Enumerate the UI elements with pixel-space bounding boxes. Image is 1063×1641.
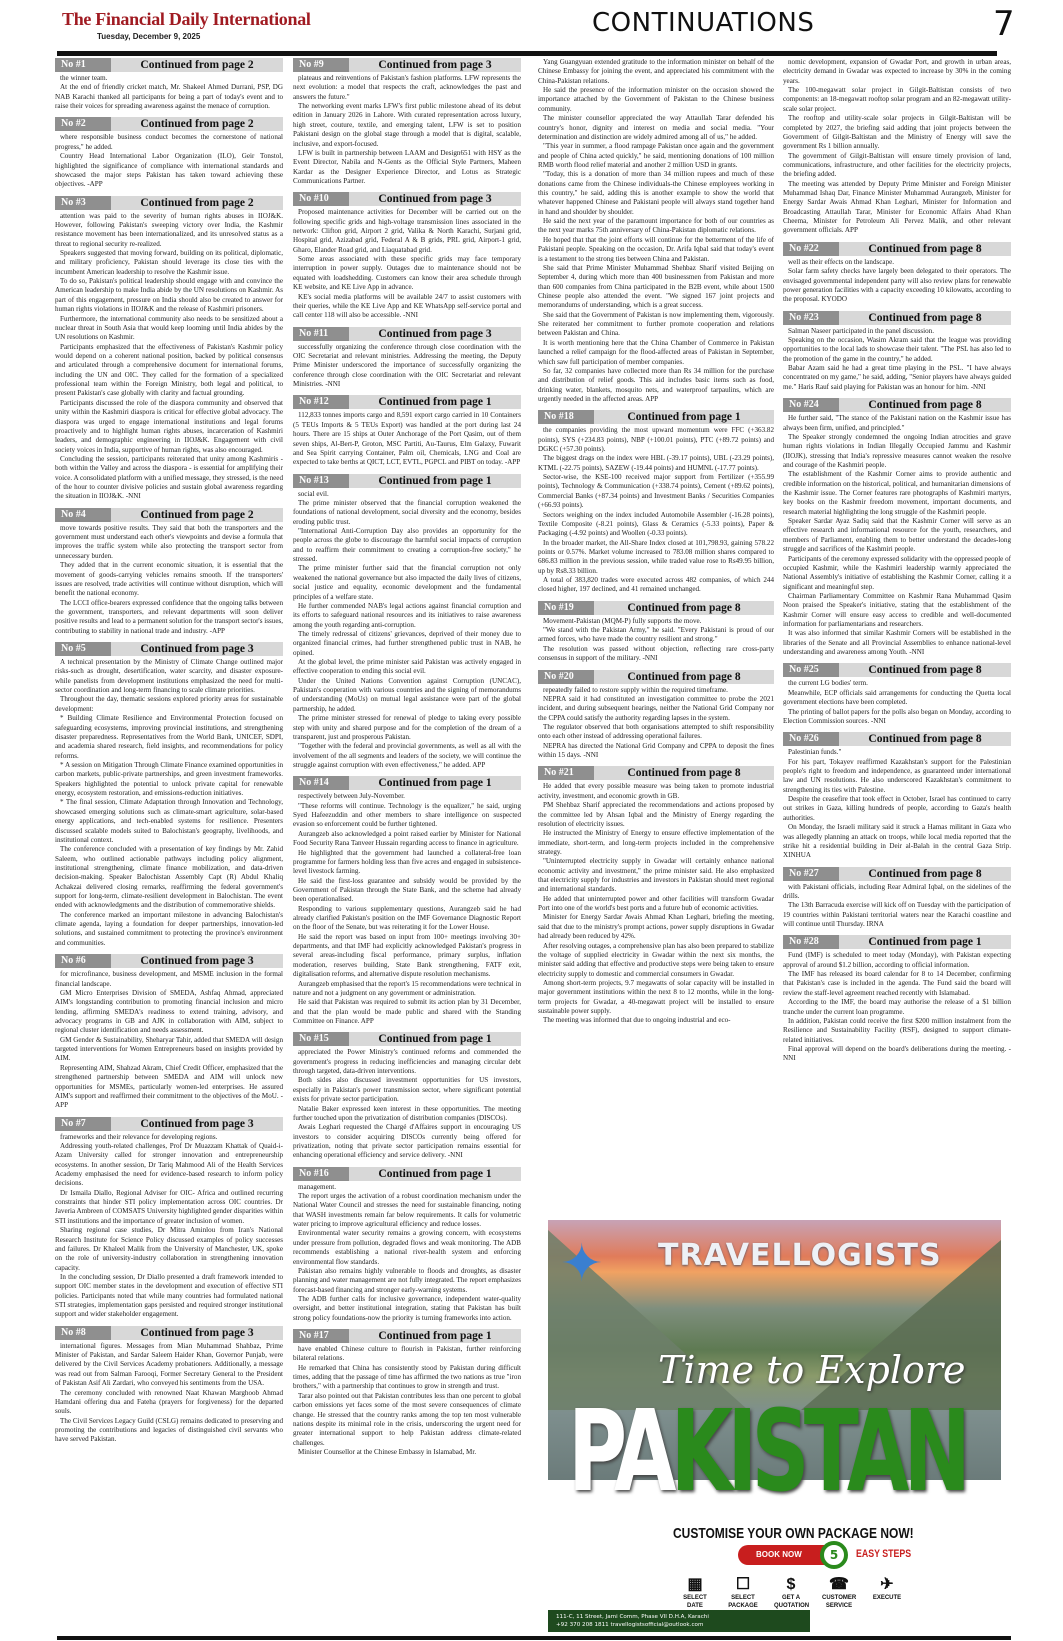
continuation-number: No #17 [293, 1329, 349, 1343]
paragraph: Proposed maintenance activities for Dece… [293, 208, 521, 255]
paragraph: appreciated the Power Ministry's continu… [293, 1048, 521, 1076]
continuation-header: No #19Continued from page 8 [538, 601, 774, 615]
paragraph: The prime minister stressed for renewal … [293, 714, 521, 742]
paragraph: KE's social media platforms will be avai… [293, 293, 521, 321]
paragraph: On Monday, the Israeli military said it … [783, 823, 1011, 860]
paragraph: Environmental water security remains a g… [293, 1229, 521, 1266]
continued-from-label: Continued from page 2 [111, 196, 283, 210]
article-continuation: nomic development, expansion of Gwadar P… [783, 58, 1011, 236]
step-select-date: ▦SELECT DATE [678, 1575, 712, 1611]
continuation-header: No #28Continued from page 1 [783, 935, 1011, 949]
paragraph: Solar farm safety checks have largely be… [783, 267, 1011, 304]
paragraph: The conference marked an important miles… [55, 911, 283, 948]
dove-logo-icon: ✦ [560, 1234, 604, 1294]
article-continuation: No #17Continued from page 1have enabled … [293, 1329, 521, 1457]
continued-from-label: Continued from page 3 [111, 1326, 283, 1340]
headline-green-part: KISTAN [671, 1387, 966, 1517]
paragraph: The Civil Services Legacy Guild (CSLG) r… [55, 1417, 283, 1445]
paragraph: Fund (IMF) is scheduled to meet today (M… [783, 951, 1011, 970]
continuation-header: No #18Continued from page 1 [538, 410, 774, 424]
paragraph: Tarar also pointed out that Pakistan con… [293, 1392, 521, 1448]
paragraph: She said that Prime Minister Muhammad Sh… [538, 264, 774, 311]
ad-brand-name: TRAVELLOGISTS [658, 1238, 942, 1273]
article-continuation: No #27Continued from page 8with Pakistan… [783, 867, 1011, 930]
continuation-number: No #1 [55, 58, 111, 72]
paragraph: GM Micro Enterprises Division of SMEDA, … [55, 989, 283, 1036]
continuation-header: No #14Continued from page 1 [293, 776, 521, 790]
paragraph: The conference concluded with a presenta… [55, 845, 283, 911]
ad-contact-bar: 111-C, 11 Street, Jami Comm, Phase VII D… [548, 1610, 810, 1632]
paragraph: Sector-wise, the KSE-100 received major … [538, 473, 774, 510]
article-continuation: No #25Continued from page 8the current L… [783, 663, 1011, 726]
paragraph: The resolution was passed without object… [538, 645, 774, 664]
continuation-header: No #15Continued from page 1 [293, 1032, 521, 1046]
continuation-number: No #25 [783, 663, 839, 677]
paragraph: "These reforms will continue. Technology… [293, 802, 521, 830]
article-body: frameworks and their relevance for devel… [55, 1133, 283, 1320]
step-select-package: ☐SELECT PACKAGE [726, 1575, 760, 1611]
paragraph: Final approval will depend on the board'… [783, 1045, 1011, 1064]
article-body: have enabled Chinese culture to flourish… [293, 1345, 521, 1457]
continued-from-label: Continued from page 8 [594, 766, 774, 780]
steps-count-badge: 5 [820, 1541, 848, 1569]
article-continuation: No #12Continued from page 1112,833 tonne… [293, 395, 521, 467]
article-continuation: No #2Continued from page 2where responsi… [55, 117, 283, 189]
paragraph: In the broader market, the All-Share Ind… [538, 539, 774, 576]
paragraph: Under the United Nations Convention agai… [293, 677, 521, 714]
paragraph: A total of 383,820 trades were executed … [538, 576, 774, 595]
paragraph: Sectors weighing on the index included A… [538, 511, 774, 539]
step-label: SELECT DATE [683, 1595, 707, 1609]
continuation-header: No #2Continued from page 2 [55, 117, 283, 131]
paragraph: move towards positive results. They said… [55, 524, 283, 561]
continued-from-label: Continued from page 8 [839, 732, 1011, 746]
paragraph: have enabled Chinese culture to flourish… [293, 1345, 521, 1364]
paragraph: At the end of friendly cricket match, Mr… [55, 83, 283, 111]
continued-from-label: Continued from page 8 [839, 398, 1011, 412]
paragraph: * Building Climate Resilience and Enviro… [55, 714, 283, 761]
paragraph: Participants discussed the role of the d… [55, 399, 283, 455]
continuation-header: No #4Continued from page 2 [55, 508, 283, 522]
paragraph: At the global level, the prime minister … [293, 658, 521, 677]
continuation-header: No #24Continued from page 8 [783, 398, 1011, 412]
article-body: successfully organizing the conference t… [293, 343, 521, 390]
paragraph: The establishment of the Kashmir Corner … [783, 470, 1011, 517]
paragraph: Both sides also discussed investment opp… [293, 1076, 521, 1104]
step-get-quotation: $GET A QUOTATION [774, 1575, 808, 1611]
article-body: international figures. Messages from Mia… [55, 1342, 283, 1445]
paragraph: "Today, this is a donation of more than … [538, 170, 774, 217]
continuation-number: No #4 [55, 508, 111, 522]
article-continuation: No #23Continued from page 8Salman Naseer… [783, 311, 1011, 393]
paragraph: He further commended NAB's legal actions… [293, 602, 521, 630]
article-body: for microfinance, business development, … [55, 970, 283, 1110]
ad-phone-email: +92 370 208 1811 travellogistsofficial@o… [556, 1621, 802, 1629]
article-body: the companies providing the most upward … [538, 426, 774, 594]
step-label: EXECUTE [873, 1595, 901, 1601]
continuation-number: No #15 [293, 1032, 349, 1046]
continuation-header: No #27Continued from page 8 [783, 867, 1011, 881]
continuation-number: No #19 [538, 601, 594, 615]
continuation-header: No #23Continued from page 8 [783, 311, 1011, 325]
article-continuation: No #15Continued from page 1appreciated t… [293, 1032, 521, 1160]
paragraph: frameworks and their relevance for devel… [55, 1133, 283, 1142]
article-body: Fund (IMF) is scheduled to meet today (M… [783, 951, 1011, 1063]
paragraph: They added that in the current economic … [55, 561, 283, 598]
continuation-number: No #5 [55, 642, 111, 656]
continuation-header: No #7Continued from page 3 [55, 1117, 283, 1131]
paragraph: "Uninterrupted electricity supply in Gwa… [538, 857, 774, 894]
paragraph: The 13th Barracuda exercise will kick of… [783, 901, 1011, 929]
continuation-number: No #10 [293, 192, 349, 206]
package-icon: ☐ [726, 1575, 760, 1595]
paragraph: Despite the ceasefire that took effect i… [783, 795, 1011, 823]
article-body: 112,833 tonnes imports cargo and 8,591 e… [293, 411, 521, 467]
paragraph: Throughout the day, thematic sessions ex… [55, 695, 283, 714]
paragraph: The networking event marks LFW's first p… [293, 102, 521, 149]
continuation-number: No #8 [55, 1326, 111, 1340]
paragraph: The LCCI office-bearers expressed confid… [55, 599, 283, 636]
paragraph: Sharing regional case studies, Dr Mitra … [55, 1226, 283, 1273]
article-continuation: No #10Continued from page 3Proposed main… [293, 192, 521, 320]
paragraph: Movement-Pakistan (MQM-P) fully supports… [538, 617, 774, 626]
paragraph: He instructed the Ministry of Energy to … [538, 829, 774, 857]
continuation-header: No #16Continued from page 1 [293, 1167, 521, 1181]
continuation-number: No #18 [538, 410, 594, 424]
continuation-number: No #28 [783, 935, 839, 949]
continued-from-label: Continued from page 2 [111, 117, 283, 131]
paragraph: After resolving outages, a comprehensive… [538, 942, 774, 979]
ad-tagline: Time to Explore [658, 1348, 966, 1392]
paragraph: Minister Counsellor at the Chinese Embas… [293, 1448, 521, 1457]
page-number: 7 [993, 4, 1015, 44]
continuation-header: No #17Continued from page 1 [293, 1329, 521, 1343]
paragraph: He said the next year of the paramount i… [538, 217, 774, 236]
paragraph: He hoped that that the joint efforts wil… [538, 236, 774, 264]
article-continuation: No #13Continued from page 1social evil.T… [293, 474, 521, 771]
continuation-number: No #7 [55, 1117, 111, 1131]
continuation-header: No #26Continued from page 8 [783, 732, 1011, 746]
traveler-icon: ✈ [870, 1575, 904, 1595]
step-execute: ✈EXECUTE [870, 1575, 904, 1611]
paragraph: The government of Gilgit-Baltistan will … [783, 152, 1011, 180]
article-continuation: No #4Continued from page 2move towards p… [55, 508, 283, 636]
paragraph: The ADB further calls for inclusive gove… [293, 1295, 521, 1323]
paragraph: The ceremony concluded with renowned Naa… [55, 1389, 283, 1417]
continuation-number: No #26 [783, 732, 839, 746]
paragraph: for microfinance, business development, … [55, 970, 283, 989]
article-continuation: No #8Continued from page 3international … [55, 1326, 283, 1445]
article-continuation: No #9Continued from page 3plateaus and r… [293, 58, 521, 186]
paragraph: attention was paid to the severity of hu… [55, 212, 283, 249]
ad-steps-list: ▦SELECT DATE ☐SELECT PACKAGE $GET A QUOT… [678, 1575, 904, 1611]
continued-from-label: Continued from page 1 [349, 776, 521, 790]
continuation-number: No #24 [783, 398, 839, 412]
paragraph: He said the presence of the information … [538, 86, 774, 114]
continued-from-label: Continued from page 8 [839, 867, 1011, 881]
article-body: Movement-Pakistan (MQM-P) fully supports… [538, 617, 774, 664]
continuation-number: No #14 [293, 776, 349, 790]
continued-from-label: Continued from page 3 [349, 192, 521, 206]
continued-from-label: Continued from page 8 [839, 242, 1011, 256]
continuation-header: No #21Continued from page 8 [538, 766, 774, 780]
paragraph: In the concluding session, Dr Diallo pre… [55, 1273, 283, 1320]
paragraph: Representing AIM, Shahzad Akram, Chief C… [55, 1064, 283, 1111]
article-body: respectively between July-November."Thes… [293, 792, 521, 1026]
continuation-number: No #9 [293, 58, 349, 72]
article-continuation: No #19Continued from page 8Movement-Paki… [538, 601, 774, 664]
paragraph: PM Shehbaz Sharif appreciated the recomm… [538, 801, 774, 829]
paragraph: Pakistan also remains highly vulnerable … [293, 1267, 521, 1295]
continuation-number: No #21 [538, 766, 594, 780]
ad-subheadline: CUSTOMISE YOUR OWN PACKAGE NOW! [673, 1525, 914, 1542]
continuation-number: No #16 [293, 1167, 349, 1181]
continued-from-label: Continued from page 8 [839, 663, 1011, 677]
paragraph: Chairman Parliamentary Committee on Kash… [783, 592, 1011, 629]
paragraph: successfully organizing the conference t… [293, 343, 521, 390]
paragraph: Speaking on the occasion, Wasim Akram sa… [783, 336, 1011, 364]
paragraph: plateaus and reinventions of Pakistan's … [293, 74, 521, 102]
article-body: the winner team.At the end of friendly c… [55, 74, 283, 111]
article-continuation: No #6Continued from page 3for microfinan… [55, 954, 283, 1110]
paragraph: the winner team. [55, 74, 283, 83]
column-4: nomic development, expansion of Gwadar P… [783, 58, 1011, 1070]
continued-from-label: Continued from page 2 [111, 58, 283, 72]
continued-from-label: Continued from page 3 [349, 327, 521, 341]
article-body: Yang Guangyuan extended gratitude to the… [538, 58, 774, 404]
paragraph: Some areas associated with these specifi… [293, 255, 521, 292]
continued-from-label: Continued from page 1 [839, 935, 1011, 949]
article-continuation: No #21Continued from page 8He added that… [538, 766, 774, 1025]
continued-from-label: Continued from page 8 [839, 311, 1011, 325]
paragraph: A technical presentation by the Ministry… [55, 658, 283, 695]
paragraph: "We stand with the Pakistan Army," he sa… [538, 626, 774, 645]
continued-from-label: Continued from page 1 [349, 474, 521, 488]
paragraph: To do so, Pakistan's political leadershi… [55, 277, 283, 314]
continuation-header: No #3Continued from page 2 [55, 196, 283, 210]
continued-from-label: Continued from page 1 [594, 410, 774, 424]
footer-rule [57, 1636, 1011, 1640]
paragraph: Aurangzeb also acknowledged a point rais… [293, 830, 521, 849]
continuation-header: No #1Continued from page 2 [55, 58, 283, 72]
article-body: where responsible business conduct becom… [55, 133, 283, 189]
paragraph: It is worth mentioning here that the Chi… [538, 339, 774, 367]
headline-white-part: PA [568, 1387, 671, 1517]
article-continuation: No #1Continued from page 2the winner tea… [55, 58, 283, 111]
continuation-header: No #22Continued from page 8 [783, 242, 1011, 256]
continued-from-label: Continued from page 3 [349, 58, 521, 72]
paragraph: He highlighted that the government had l… [293, 849, 521, 877]
paragraph: Participants emphasized that the effecti… [55, 343, 283, 399]
article-body: He added that every possible measure was… [538, 782, 774, 1025]
continuation-number: No #6 [55, 954, 111, 968]
continued-from-label: Continued from page 1 [349, 395, 521, 409]
paragraph: Dr Ismaila Diallo, Regional Adviser for … [55, 1189, 283, 1226]
paragraph: He said that Pakistan was required to su… [293, 998, 521, 1026]
ad-address: 111-C, 11 Street, Jami Comm, Phase VII D… [556, 1613, 802, 1621]
article-continuation: Yang Guangyuan extended gratitude to the… [538, 58, 774, 404]
article-body: the current LG bodies' term.Meanwhile, E… [783, 679, 1011, 726]
paragraph: Participants of the ceremony expressed s… [783, 555, 1011, 592]
article-continuation: No #7Continued from page 3frameworks and… [55, 1117, 283, 1320]
paragraph: The rooftop and utility-scale solar proj… [783, 114, 1011, 151]
paragraph: LFW is built in partnership between LAAM… [293, 149, 521, 186]
paragraph: So far, 32 companies have collected more… [538, 367, 774, 404]
article-continuation: No #28Continued from page 1Fund (IMF) is… [783, 935, 1011, 1063]
paragraph: Meanwhile, ECP officials said arrangemen… [783, 689, 1011, 708]
paragraph: NEPRA has directed the National Grid Com… [538, 742, 774, 761]
paragraph: Responding to various supplementary ques… [293, 905, 521, 933]
paragraph: * The final session, Climate Adaptation … [55, 798, 283, 845]
masthead: The Financial Daily International Tuesda… [0, 0, 1063, 52]
continuation-header: No #6Continued from page 3 [55, 954, 283, 968]
paragraph: He said the report was based on input fr… [293, 933, 521, 980]
continuation-number: No #13 [293, 474, 349, 488]
paragraph: He remarked that China has consistently … [293, 1364, 521, 1392]
paragraph: nomic development, expansion of Gwadar P… [783, 58, 1011, 86]
easy-steps-label: EASY STEPS [856, 1548, 911, 1560]
continuation-number: No #3 [55, 196, 111, 210]
customer-service-icon: ☎ [822, 1575, 856, 1595]
paragraph: Country Head International Labor Organiz… [55, 152, 283, 189]
article-body: Salman Naseer participated in the panel … [783, 327, 1011, 393]
paragraph: Speaker Sardar Ayaz Sadiq said that the … [783, 517, 1011, 554]
article-body: attention was paid to the severity of hu… [55, 212, 283, 502]
paragraph: She said that the Government of Pakistan… [538, 311, 774, 339]
continuation-number: No #2 [55, 117, 111, 131]
ad-headline: PAKISTAN [568, 1396, 965, 1508]
paragraph: It was also informed that similar Kashmi… [783, 629, 1011, 657]
continuation-number: No #23 [783, 311, 839, 325]
paragraph: The minister counsellor appreciated the … [538, 114, 774, 142]
paragraph: Palestinian funds." [783, 748, 1011, 757]
article-continuation: No #5Continued from page 3A technical pr… [55, 642, 283, 948]
paragraph: repeatedly failed to restore supply with… [538, 686, 774, 695]
continuation-header: No #12Continued from page 1 [293, 395, 521, 409]
continuation-number: No #27 [783, 867, 839, 881]
paragraph: He added that every possible measure was… [538, 782, 774, 801]
continued-from-label: Continued from page 8 [594, 670, 774, 684]
paragraph: The prime minister further said that the… [293, 564, 521, 601]
article-body: appreciated the Power Ministry's continu… [293, 1048, 521, 1160]
article-continuation: No #24Continued from page 8He further sa… [783, 398, 1011, 657]
paragraph: Salman Naseer participated in the panel … [783, 327, 1011, 336]
step-label: GET A QUOTATION [774, 1595, 809, 1609]
paragraph: The printing of ballot papers for the po… [783, 708, 1011, 727]
paragraph: "This year in summer, a flood rampage Pa… [538, 142, 774, 170]
paragraph: The timely redressal of citizens' grieva… [293, 630, 521, 658]
continuation-header: No #25Continued from page 8 [783, 663, 1011, 677]
paragraph: well as their effects on the landscape. [783, 258, 1011, 267]
calendar-icon: ▦ [678, 1575, 712, 1595]
publication-date: Tuesday, December 9, 2025 [97, 32, 200, 41]
paragraph: The report urges the activation of a rob… [293, 1192, 521, 1229]
continuation-header: No #13Continued from page 1 [293, 474, 521, 488]
continued-from-label: Continued from page 3 [111, 642, 283, 656]
article-body: well as their effects on the landscape.S… [783, 258, 1011, 305]
paragraph: NEPRA said it had constituted an investi… [538, 695, 774, 723]
column-1: No #1Continued from page 2the winner tea… [55, 58, 283, 1451]
article-body: repeatedly failed to restore supply with… [538, 686, 774, 761]
continuation-header: No #9Continued from page 3 [293, 58, 521, 72]
paragraph: Furthermore, the international community… [55, 315, 283, 343]
article-body: move towards positive results. They said… [55, 524, 283, 636]
article-body: A technical presentation by the Ministry… [55, 658, 283, 948]
paragraph: The IMF has released its board calendar … [783, 970, 1011, 998]
paragraph: In addition, Pakistan could receive the … [783, 1017, 1011, 1045]
continuation-number: No #12 [293, 395, 349, 409]
paragraph: respectively between July-November. [293, 792, 521, 801]
continuation-header: No #5Continued from page 3 [55, 642, 283, 656]
dollar-icon: $ [774, 1575, 808, 1595]
article-continuation: No #18Continued from page 1the companies… [538, 410, 774, 594]
paragraph: He said the first-loss guarantee and sub… [293, 877, 521, 905]
section-title: CONTINUATIONS [592, 8, 814, 38]
paragraph: the companies providing the most upward … [538, 426, 774, 454]
paragraph: GM Gender & Sustainability, Sheharyar Ta… [55, 1036, 283, 1064]
article-body: management.The report urges the activati… [293, 1183, 521, 1323]
continued-from-label: Continued from page 3 [111, 1117, 283, 1131]
paragraph: international figures. Messages from Mia… [55, 1342, 283, 1389]
paragraph: Minister for Energy Sardar Awais Ahmad K… [538, 913, 774, 941]
continuation-number: No #22 [783, 242, 839, 256]
step-label: CUSTOMER SERVICE [822, 1595, 856, 1609]
paragraph: social evil. [293, 490, 521, 499]
continuation-number: No #11 [293, 327, 349, 341]
continued-from-label: Continued from page 3 [111, 954, 283, 968]
paragraph: "Together with the federal and provincia… [293, 742, 521, 770]
paragraph: The 100-megawatt solar project in Gilgit… [783, 86, 1011, 114]
header-rule [57, 51, 997, 56]
column-2: No #9Continued from page 3plateaus and r… [293, 58, 521, 1463]
publication-title: The Financial Daily International [62, 9, 311, 30]
paragraph: The meeting was attended by Deputy Prime… [783, 180, 1011, 236]
paragraph: The regulator observed that both organis… [538, 723, 774, 742]
article-continuation: No #22Continued from page 8well as their… [783, 242, 1011, 305]
paragraph: For his part, Tokayev reaffirmed Kazakhs… [783, 758, 1011, 795]
article-body: He further said, "The stance of the Paki… [783, 414, 1011, 657]
paragraph: where responsible business conduct becom… [55, 133, 283, 152]
continuation-header: No #10Continued from page 3 [293, 192, 521, 206]
paragraph: Natalie Baker expressed keen interest in… [293, 1105, 521, 1124]
paragraph: Aurangzeb emphasised that the report's 1… [293, 980, 521, 999]
continued-from-label: Continued from page 1 [349, 1329, 521, 1343]
continued-from-label: Continued from page 8 [594, 601, 774, 615]
travellogists-advertisement[interactable]: ✦ TRAVELLOGISTS Time to Explore PAKISTAN… [538, 1210, 1011, 1635]
paragraph: Concluding the session, participants rei… [55, 455, 283, 502]
article-body: Palestinian funds."For his part, Tokayev… [783, 748, 1011, 860]
paragraph: Babar Azam said he had a great time play… [783, 364, 1011, 392]
paragraph: management. [293, 1183, 521, 1192]
paragraph: "International Anti-Corruption Day also … [293, 527, 521, 564]
column-3: Yang Guangyuan extended gratitude to the… [538, 58, 774, 1032]
paragraph: Addressing youth-related challenges, Pro… [55, 1142, 283, 1189]
paragraph: The prime minister observed that the fin… [293, 499, 521, 527]
article-continuation: No #11Continued from page 3successfully … [293, 327, 521, 390]
article-continuation: No #16Continued from page 1management.Th… [293, 1167, 521, 1323]
article-continuation: No #3Continued from page 2attention was … [55, 196, 283, 502]
continuation-header: No #20Continued from page 8 [538, 670, 774, 684]
article-body: nomic development, expansion of Gwadar P… [783, 58, 1011, 236]
paragraph: 112,833 tonnes imports cargo and 8,591 e… [293, 411, 521, 467]
continued-from-label: Continued from page 1 [349, 1167, 521, 1181]
article-body: Proposed maintenance activities for Dece… [293, 208, 521, 320]
article-body: social evil.The prime minister observed … [293, 490, 521, 771]
continued-from-label: Continued from page 2 [111, 508, 283, 522]
paragraph: Among short-term projects, 9.7 megawatts… [538, 979, 774, 1016]
paragraph: Speakers suggested that moving forward, … [55, 249, 283, 277]
paragraph: He further said, "The stance of the Paki… [783, 414, 1011, 433]
